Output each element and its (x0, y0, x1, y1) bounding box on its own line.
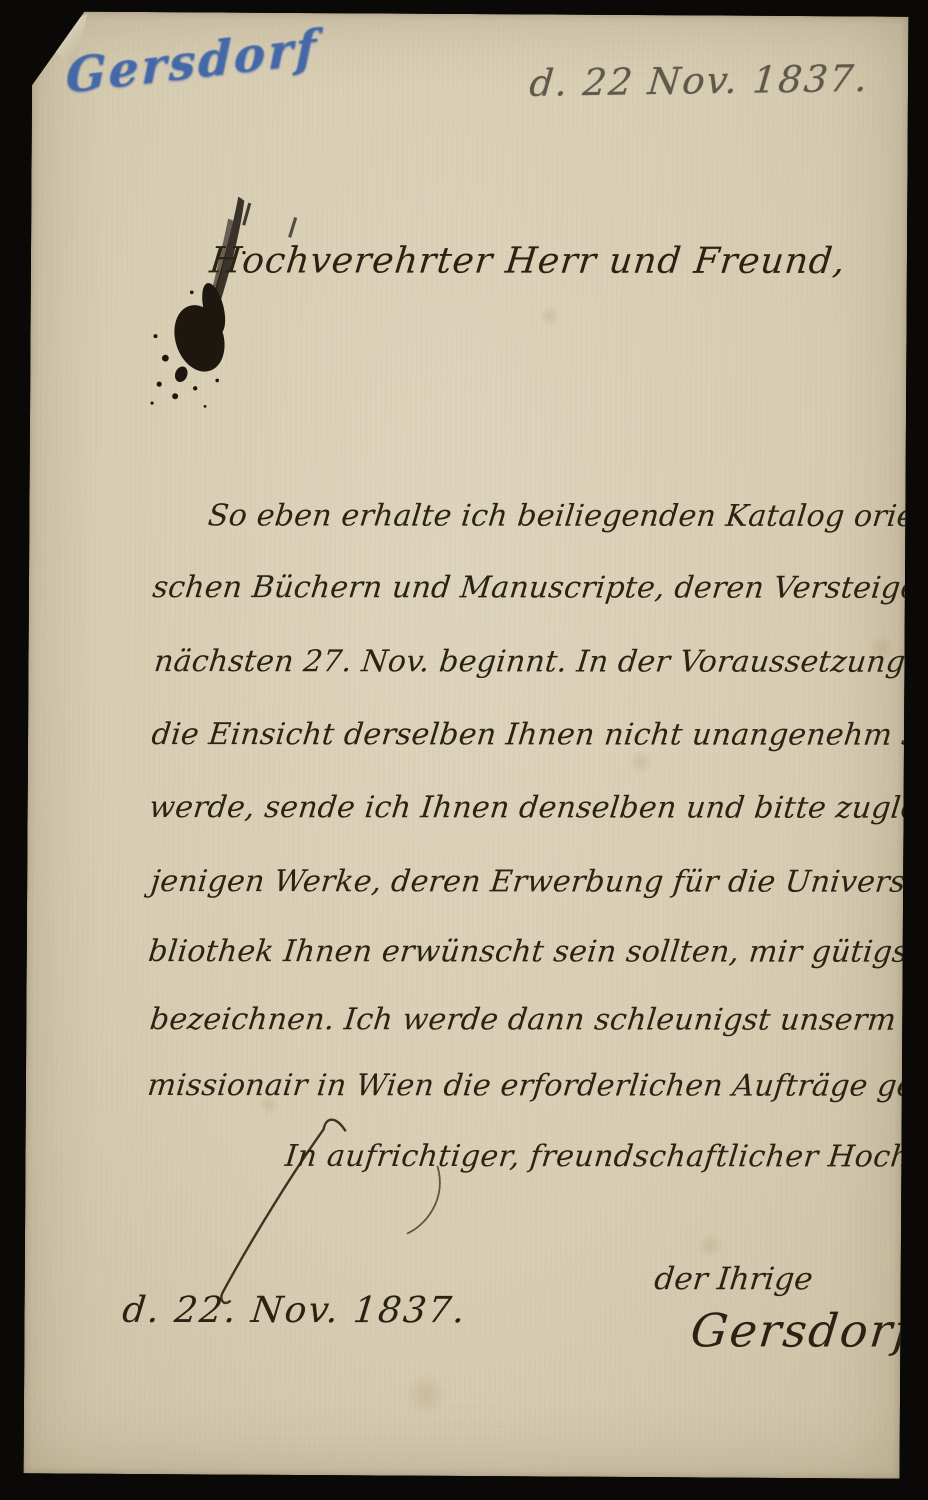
body-line: die Einsicht derselben Ihnen nicht unang… (150, 717, 928, 753)
body-line: nächsten 27. Nov. beginnt. In der Voraus… (152, 644, 928, 680)
closing-line: In aufrichtiger, freundschaftlicher Hoch… (283, 1139, 928, 1175)
stain (697, 1233, 723, 1257)
valediction: der Ihrige (653, 1261, 815, 1297)
ink-blot (147, 188, 298, 414)
letter-page: Gersdorf d. 22 Nov. 1837. (24, 11, 909, 1478)
body-line: missionair in Wien die erforderlichen Au… (146, 1068, 928, 1104)
photograph-of-letter: Gersdorf d. 22 Nov. 1837. (0, 0, 928, 1500)
date-annotation: d. 22 Nov. 1837. (528, 57, 871, 105)
signature: Gersdorf. (688, 1303, 928, 1357)
body-line: So eben erhalte ich beiliegenden Katalog… (206, 498, 928, 534)
body-line: werde, sende ich Ihnen denselben und bit… (148, 790, 928, 826)
stain (539, 306, 561, 326)
body-line: schen Büchern und Manuscripte, deren Ver… (151, 570, 928, 606)
body-line: jenigen Werke, deren Erwerbung für die U… (149, 864, 928, 900)
body-line: bezeichnen. Ich werde dann schleunigst u… (148, 1002, 928, 1038)
stain (628, 750, 654, 774)
dateline: d. 22. Nov. 1837. (120, 1290, 468, 1331)
archivist-name-annotation: Gersdorf (65, 20, 319, 105)
salutation-line: Hochverehrter Herr und Freund, (208, 240, 848, 282)
body-line: bliothek Ihnen erwünscht sein sollten, m… (147, 934, 928, 970)
stain (404, 1374, 448, 1414)
